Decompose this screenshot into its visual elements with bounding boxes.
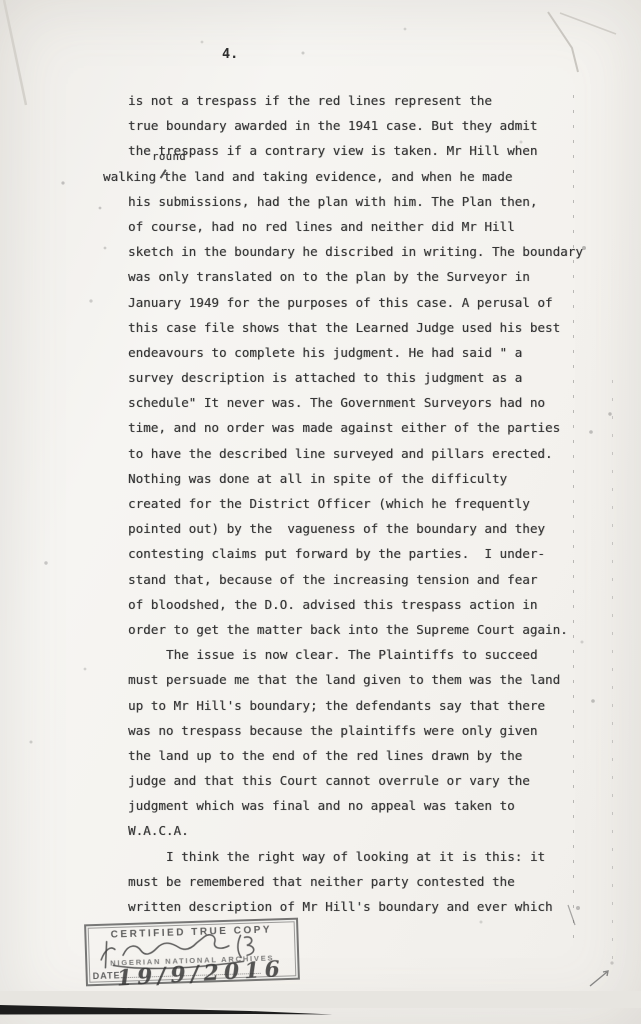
- stamp-title: CERTIFIED TRUE COPY: [86, 924, 296, 942]
- text-line-content: is not a trespass if the red lines repre…: [128, 93, 492, 108]
- text-line-content: I think the right way of looking at it i…: [166, 849, 545, 864]
- page-number: 4.: [222, 46, 238, 62]
- text-line-content: sketch in the boundary he discribed in w…: [128, 244, 583, 259]
- text-line: the land up to the end of the red lines …: [128, 743, 588, 768]
- text-line: judgment which was final and no appeal w…: [128, 793, 588, 818]
- text-line-content: must persuade me that the land given to …: [128, 672, 560, 687]
- text-line-content: written description of Mr Hill's boundar…: [128, 899, 553, 914]
- text-line-content: up to Mr Hill's boundary; the defendants…: [128, 698, 545, 713]
- text-line-content: endeavours to complete his judgment. He …: [128, 345, 522, 360]
- text-line: of bloodshed, the D.O. advised this tres…: [128, 592, 588, 617]
- text-line-content: pointed out) by the vagueness of the bou…: [128, 521, 545, 536]
- text-line-content: created for the District Officer (which …: [128, 496, 530, 511]
- text-line: the trespass if a contrary view is taken…: [128, 138, 588, 163]
- text-line-content: to have the described line surveyed and …: [128, 446, 553, 461]
- text-line-content: January 1949 for the purposes of this ca…: [128, 295, 553, 310]
- text-line: his submissions, had the plan with him. …: [128, 189, 588, 214]
- text-line: walking the land and taking evidence, an…: [128, 164, 588, 189]
- text-line: judge and that this Court cannot overrul…: [128, 768, 588, 793]
- document-text: is not a trespass if the red lines repre…: [128, 88, 588, 919]
- text-line: survey description is attached to this j…: [128, 365, 588, 390]
- text-line: written description of Mr Hill's boundar…: [128, 894, 588, 919]
- stamp-date-row: DATE 19/9/2016: [93, 966, 261, 981]
- text-line-content: of bloodshed, the D.O. advised this tres…: [128, 597, 537, 612]
- text-line-content: must be remembered that neither party co…: [128, 874, 515, 889]
- text-line: schedule" It never was. The Government S…: [128, 390, 588, 415]
- text-line: to have the described line surveyed and …: [128, 441, 588, 466]
- text-line: this case file shows that the Learned Ju…: [128, 315, 588, 340]
- text-line: created for the District Officer (which …: [128, 491, 588, 516]
- text-line-content: his submissions, had the plan with him. …: [128, 194, 537, 209]
- fold-line: [548, 12, 578, 72]
- text-line: I think the right way of looking at it i…: [128, 844, 588, 869]
- inserted-word: round: [152, 151, 186, 163]
- text-line-content: true boundary awarded in the 1941 case. …: [128, 118, 537, 133]
- text-line-content: was only translated on to the plan by th…: [128, 269, 530, 284]
- text-line-content: judge and that this Court cannot overrul…: [128, 773, 530, 788]
- text-line: must be remembered that neither party co…: [128, 869, 588, 894]
- text-line-content: contesting claims put forward by the par…: [128, 546, 545, 561]
- text-line: The issue is now clear. The Plaintiffs t…: [128, 642, 588, 667]
- corner-crease: [4, 0, 26, 105]
- text-line: contesting claims put forward by the par…: [128, 541, 588, 566]
- text-line: order to get the matter back into the Su…: [128, 617, 588, 642]
- scanner-edge-mark: [0, 1005, 333, 1015]
- text-line-content: this case file shows that the Learned Ju…: [128, 320, 560, 335]
- text-line-content: judgment which was final and no appeal w…: [128, 798, 515, 813]
- text-line: true boundary awarded in the 1941 case. …: [128, 113, 588, 138]
- text-line-content: W.A.C.A.: [128, 823, 189, 838]
- scan-band: [0, 991, 641, 1008]
- margin-dashed-line: [612, 380, 613, 965]
- text-line-content: the trespass if a contrary view is taken…: [128, 143, 537, 158]
- text-line: Nothing was done at all in spite of the …: [128, 466, 588, 491]
- text-line-content: schedule" It never was. The Government S…: [128, 395, 545, 410]
- fold-line: [560, 13, 616, 34]
- text-line-content: Nothing was done at all in spite of the …: [128, 471, 507, 486]
- text-line: is not a trespass if the red lines repre…: [128, 88, 588, 113]
- text-line: stand that, because of the increasing te…: [128, 567, 588, 592]
- text-line: was only translated on to the plan by th…: [128, 264, 588, 289]
- text-line: pointed out) by the vagueness of the bou…: [128, 516, 588, 541]
- archives-stamp: CERTIFIED TRUE COPY NIGERIAN NATIONAL AR…: [84, 918, 300, 987]
- text-line-content: was no trespass because the plaintiffs w…: [128, 723, 537, 738]
- text-line: of course, had no red lines and neither …: [128, 214, 588, 239]
- text-line: endeavours to complete his judgment. He …: [128, 340, 588, 365]
- text-line-content: stand that, because of the increasing te…: [128, 572, 537, 587]
- stray-mark: [590, 971, 608, 986]
- text-line-content: order to get the matter back into the Su…: [128, 622, 568, 637]
- text-line: W.A.C.A.: [128, 818, 588, 843]
- text-line: up to Mr Hill's boundary; the defendants…: [128, 693, 588, 718]
- scanned-page: 4. is not a trespass if the red lines re…: [0, 0, 641, 1024]
- text-line-content: survey description is attached to this j…: [128, 370, 522, 385]
- text-line-content: the land up to the end of the red lines …: [128, 748, 522, 763]
- scan-speckles: [0, 0, 2, 2]
- text-line: sketch in the boundary he discribed in w…: [128, 239, 588, 264]
- text-line-content: time, and no order was made against eith…: [128, 420, 560, 435]
- text-line-content: of course, had no red lines and neither …: [128, 219, 515, 234]
- text-line: January 1949 for the purposes of this ca…: [128, 290, 588, 315]
- text-line-content: The issue is now clear. The Plaintiffs t…: [166, 647, 538, 662]
- text-line: was no trespass because the plaintiffs w…: [128, 718, 588, 743]
- text-line: time, and no order was made against eith…: [128, 415, 588, 440]
- text-line: must persuade me that the land given to …: [128, 667, 588, 692]
